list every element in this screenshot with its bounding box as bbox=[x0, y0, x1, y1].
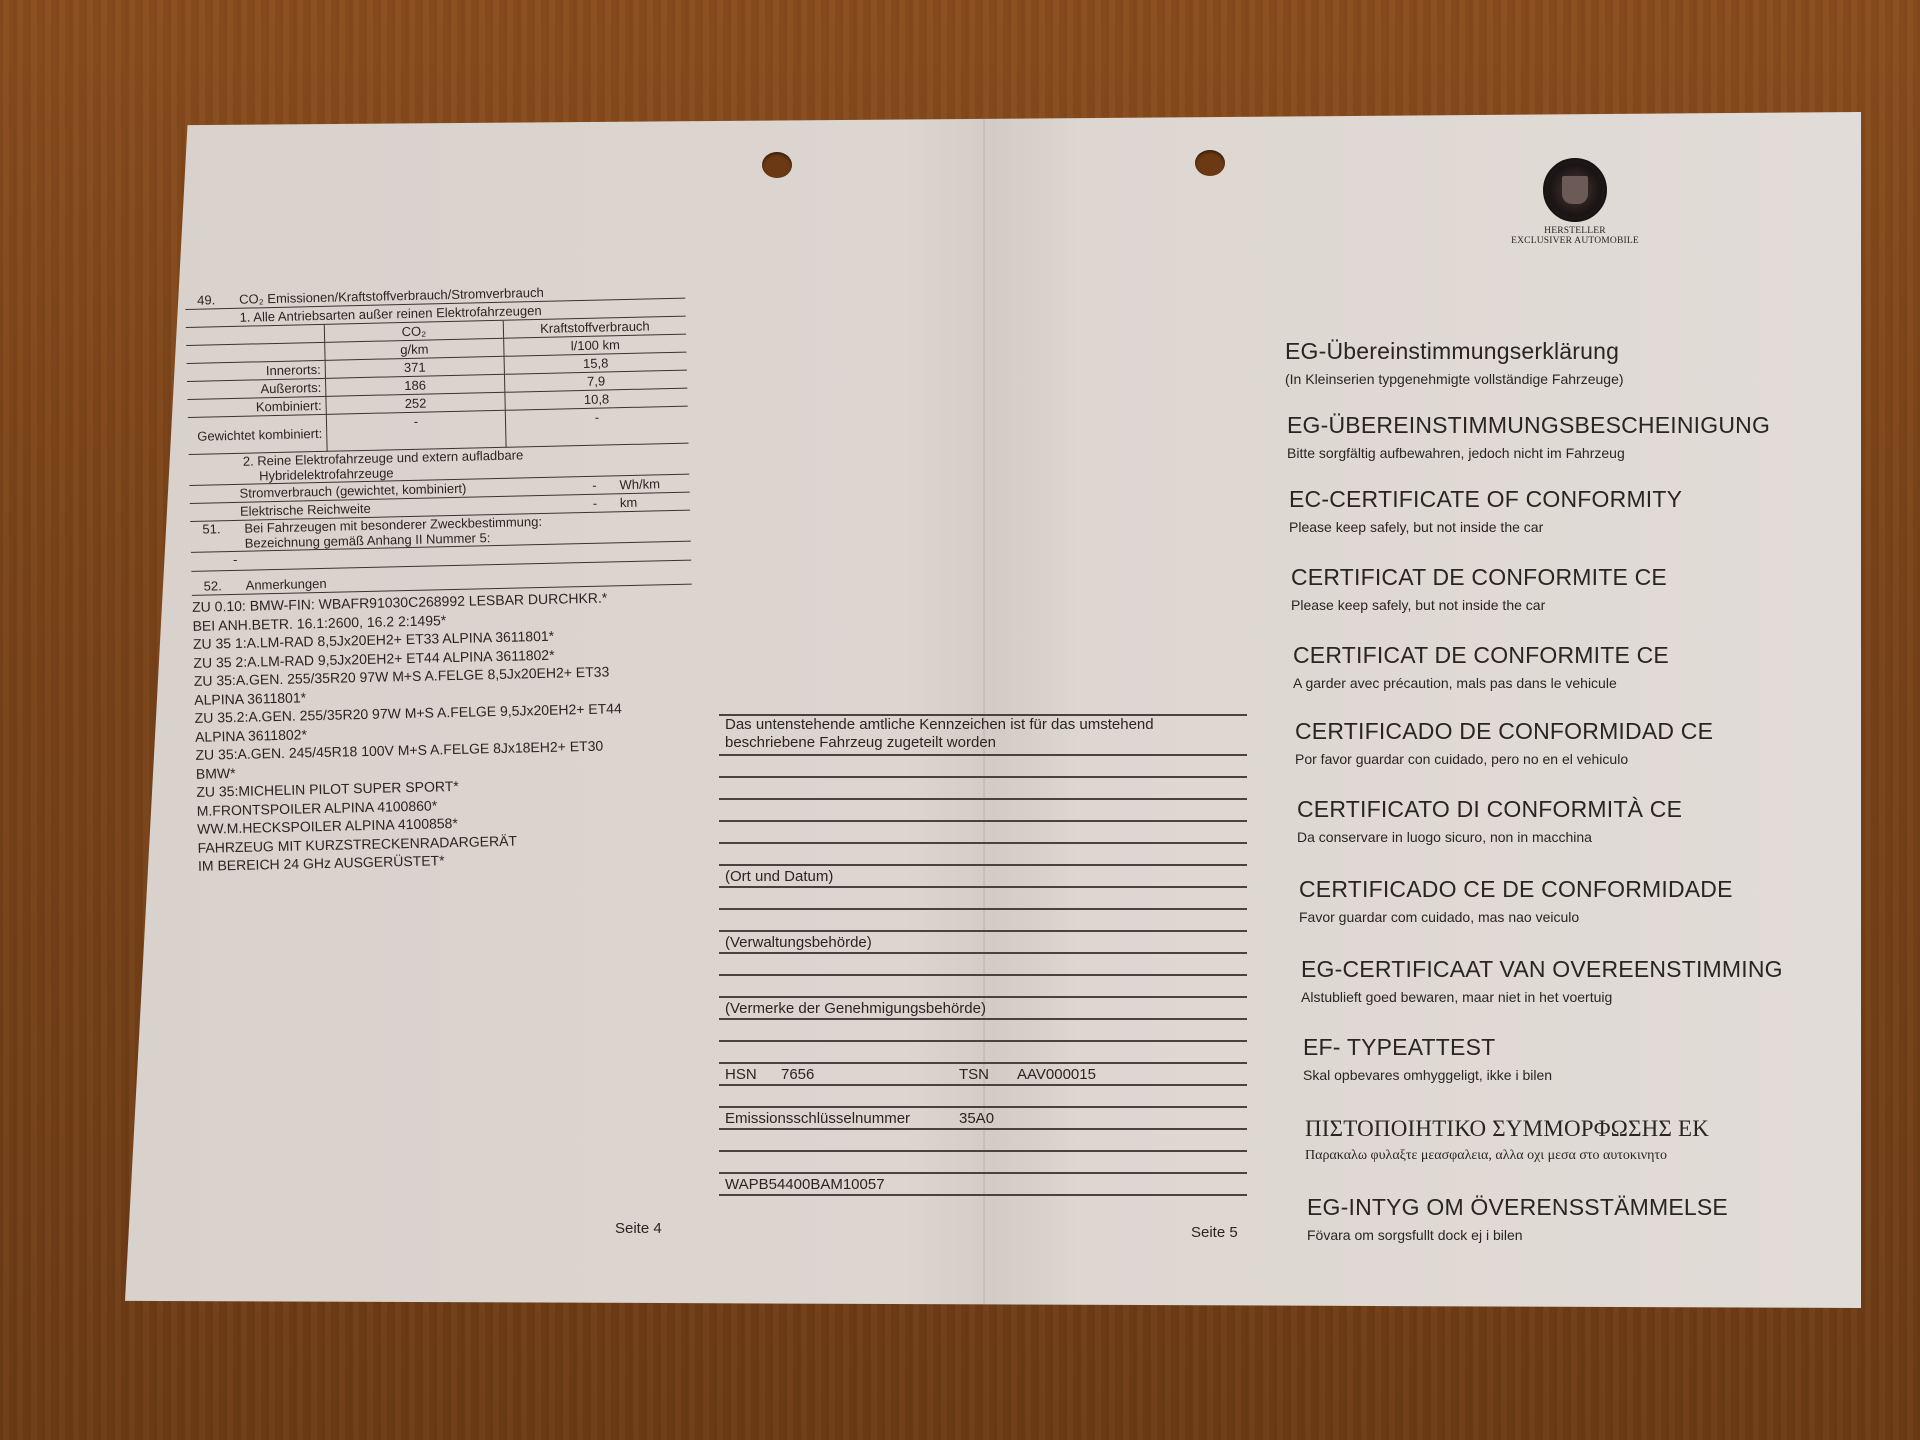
section-number: 51. bbox=[190, 521, 245, 552]
remarks-list: ZU 0.10: BMW-FIN: WBAFR91030C268992 LESB… bbox=[192, 587, 698, 876]
certificate-subtitle: Alstublieft goed bewaren, maar niet in h… bbox=[1301, 989, 1783, 1005]
emission-line: Emissionsschlüsselnummer 35A0 bbox=[719, 1108, 1247, 1130]
emission-label: Emissionsschlüsselnummer bbox=[725, 1110, 910, 1127]
blank-line bbox=[719, 1086, 1247, 1108]
blank-line bbox=[719, 954, 1247, 976]
certificate-title: EG-ÜBEREINSTIMMUNGSBESCHEINIGUNG bbox=[1287, 412, 1770, 439]
blank-line bbox=[719, 1042, 1247, 1064]
shield-icon bbox=[1562, 176, 1588, 204]
vin-value: WAPB54400BAM10057 bbox=[725, 1176, 885, 1193]
intro-text: Das untenstehende amtliche Kennzeichen i… bbox=[719, 716, 1247, 756]
ort-datum-line: (Ort und Datum) bbox=[719, 866, 1247, 888]
certificate-subtitle: Fövara om sorgsfullt dock ej i bilen bbox=[1307, 1227, 1728, 1243]
certificate-block: EC-CERTIFICATE OF CONFORMITYPlease keep … bbox=[1289, 486, 1682, 535]
blank-line bbox=[719, 822, 1247, 844]
certificate-subtitle: Please keep safely, but not inside the c… bbox=[1289, 519, 1682, 535]
hsn-tsn-line: HSN 7656 TSN AAV000015 bbox=[719, 1064, 1247, 1086]
page-number: Seite 5 bbox=[1191, 1224, 1238, 1241]
emission-value: 35A0 bbox=[959, 1110, 994, 1127]
logo-caption: HERSTELLER bbox=[1505, 226, 1645, 236]
certificate-subtitle: A garder avec précaution, mals pas dans … bbox=[1293, 675, 1669, 691]
manufacturer-logo: HERSTELLER EXCLUSIVER AUTOMOBILE bbox=[1505, 158, 1645, 246]
certificate-block: CERTIFICAT DE CONFORMITE CEA garder avec… bbox=[1293, 642, 1669, 691]
blank-line bbox=[719, 844, 1247, 866]
logo-caption: EXCLUSIVER AUTOMOBILE bbox=[1505, 236, 1645, 246]
certificate-title: EG-Übereinstimmungserklärung bbox=[1285, 338, 1624, 365]
document-sheet: 49. CO₂ Emissionen/Kraftstoffverbrauch/S… bbox=[125, 112, 1861, 1308]
blank-line bbox=[719, 778, 1247, 800]
vermerke-line: (Vermerke der Genehmigungsbehörde) bbox=[719, 998, 1247, 1020]
punch-hole-icon bbox=[1195, 150, 1225, 176]
certificate-subtitle: (In Kleinserien typgenehmigte vollständi… bbox=[1285, 371, 1624, 387]
certificate-title: EG-INTYG OM ÖVERENSSTÄMMELSE bbox=[1307, 1194, 1728, 1221]
certificate-title: EG-CERTIFICAAT VAN OVEREENSTIMMING bbox=[1301, 956, 1783, 983]
certificate-block: CERTIFICATO DI CONFORMITÀ CEDa conservar… bbox=[1297, 796, 1682, 845]
blank-line bbox=[719, 1152, 1247, 1174]
certificate-block: EG-Übereinstimmungserklärung(In Kleinser… bbox=[1285, 338, 1624, 387]
registration-form: Das untenstehende amtliche Kennzeichen i… bbox=[719, 712, 1247, 1196]
section-number: 49. bbox=[185, 292, 239, 308]
certificate-title: EF- TYPEATTEST bbox=[1303, 1034, 1552, 1061]
hsn-value: 7656 bbox=[781, 1066, 814, 1083]
hsn-label: HSN bbox=[725, 1066, 757, 1083]
left-page: 49. CO₂ Emissionen/Kraftstoffverbrauch/S… bbox=[185, 281, 698, 876]
alpina-badge-icon bbox=[1543, 158, 1607, 222]
blank-line bbox=[719, 756, 1247, 778]
row-label: Gewichtet kombiniert: bbox=[188, 414, 327, 454]
section-number: 52. bbox=[192, 578, 246, 594]
certificate-block: EG-INTYG OM ÖVERENSSTÄMMELSEFövara om so… bbox=[1307, 1194, 1728, 1243]
vin-line: WAPB54400BAM10057 bbox=[719, 1174, 1247, 1196]
certificate-title: CERTIFICADO CE DE CONFORMIDADE bbox=[1299, 876, 1733, 903]
certificate-block: EG-CERTIFICAAT VAN OVEREENSTIMMINGAlstub… bbox=[1301, 956, 1783, 1005]
certificate-subtitle: Please keep safely, but not inside the c… bbox=[1291, 597, 1667, 613]
certificate-subtitle: Por favor guardar con cuidado, pero no e… bbox=[1295, 751, 1713, 767]
blank-line bbox=[719, 800, 1247, 822]
certificate-title: CERTIFICATO DI CONFORMITÀ CE bbox=[1297, 796, 1682, 823]
certificate-title: CERTIFICAT DE CONFORMITE CE bbox=[1293, 642, 1669, 669]
blank-line bbox=[719, 1130, 1247, 1152]
blank-line bbox=[719, 1020, 1247, 1042]
certificate-title: CERTIFICAT DE CONFORMITE CE bbox=[1291, 564, 1667, 591]
page-number: Seite 4 bbox=[615, 1220, 662, 1237]
certificate-block: EG-ÜBEREINSTIMMUNGSBESCHEINIGUNGBitte so… bbox=[1287, 412, 1770, 461]
tsn-value: AAV000015 bbox=[1017, 1066, 1096, 1083]
blank-line bbox=[719, 888, 1247, 910]
certificate-subtitle: Παρακαλω φυλαξτε μεασφαλεια, αλλα οχι με… bbox=[1305, 1148, 1709, 1164]
blank-line bbox=[719, 976, 1247, 998]
certificate-block: EF- TYPEATTESTSkal opbevares omhyggeligt… bbox=[1303, 1034, 1552, 1083]
tsn-label: TSN bbox=[959, 1066, 989, 1083]
co2-fuel-table: CO₂ Kraftstoffverbrauch g/km l/100 km In… bbox=[186, 317, 689, 455]
certificate-block: CERTIFICADO DE CONFORMIDAD CEPor favor g… bbox=[1295, 718, 1713, 767]
certificate-subtitle: Favor guardar com cuidado, mas nao veicu… bbox=[1299, 909, 1733, 925]
co2-value: - bbox=[326, 410, 506, 451]
certificate-subtitle: Skal opbevares omhyggeligt, ikke i bilen bbox=[1303, 1067, 1552, 1083]
fuel-value: - bbox=[505, 406, 688, 447]
verwaltungsbehoerde-line: (Verwaltungsbehörde) bbox=[719, 932, 1247, 954]
section-title: Anmerkungen bbox=[245, 576, 326, 593]
certificate-block: CERTIFICADO CE DE CONFORMIDADEFavor guar… bbox=[1299, 876, 1733, 925]
certificate-block: CERTIFICAT DE CONFORMITE CEPlease keep s… bbox=[1291, 564, 1667, 613]
blank-line bbox=[719, 910, 1247, 932]
certificate-subtitle: Bitte sorgfältig aufbewahren, jedoch nic… bbox=[1287, 445, 1770, 461]
punch-hole-icon bbox=[762, 152, 792, 178]
certificate-title: CERTIFICADO DE CONFORMIDAD CE bbox=[1295, 718, 1713, 745]
certificate-title: ΠΙΣΤΟΠΟΙΗΤΙΚΟ ΣΥΜΜΟΡΦΩΣΗΣ ΕΚ bbox=[1305, 1116, 1709, 1142]
certificate-block: ΠΙΣΤΟΠΟΙΗΤΙΚΟ ΣΥΜΜΟΡΦΩΣΗΣ ΕΚΠαρακαλω φυλ… bbox=[1305, 1116, 1709, 1164]
certificate-subtitle: Da conservare in luogo sicuro, non in ma… bbox=[1297, 829, 1682, 845]
certificate-title: EC-CERTIFICATE OF CONFORMITY bbox=[1289, 486, 1682, 513]
